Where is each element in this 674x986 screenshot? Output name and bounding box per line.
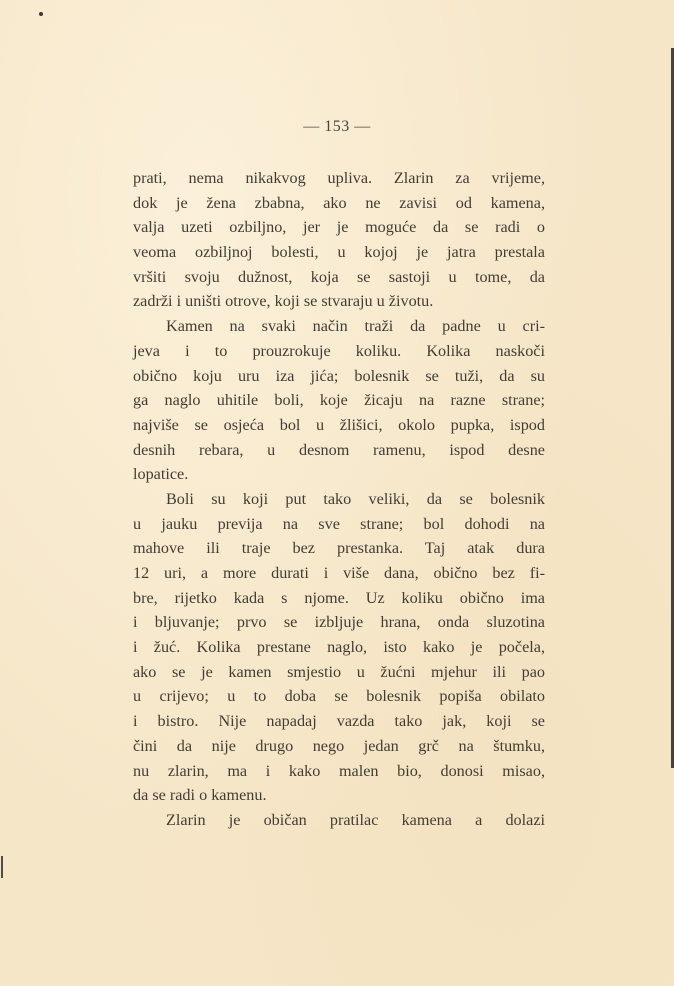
body-text: prati, nema nikakvog upliva. Zlarin za v… (133, 166, 545, 833)
text-line: Kamen na svaki način traži da padne u cr… (133, 314, 545, 339)
text-line: i bljuvanje; prvo se izbljuje hrana, ond… (133, 610, 545, 635)
text-line: nu zlarin, ma i kako malen bio, donosi m… (133, 759, 545, 784)
text-line: obično koju uru iza jića; bolesnik se tu… (133, 364, 545, 389)
text-line: bre, rijetko kada s njome. Uz koliku obi… (133, 586, 545, 611)
text-line: u jauku previja na sve strane; bol dohod… (133, 512, 545, 537)
text-line: da se radi o kamenu. (133, 783, 545, 808)
text-line: čini da nije drugo nego jedan grč na štu… (133, 734, 545, 759)
text-line: Boli su koji put tako veliki, da se bole… (133, 487, 545, 512)
text-line: zadrži i uništi otrove, koji se stvaraju… (133, 289, 545, 314)
text-line: 12 uri, a more durati i više dana, običn… (133, 561, 545, 586)
text-line: mahove ili traje bez prestanka. Taj atak… (133, 536, 545, 561)
ink-speck (39, 12, 43, 16)
text-line: vršiti svoju dužnost, koja se sastoji u … (133, 265, 545, 290)
text-line: najviše se osjeća bol u žlišici, okolo p… (133, 413, 545, 438)
text-line: ako se je kamen smjestio u žućni mjehur … (133, 660, 545, 685)
text-line: i žuć. Kolika prestane naglo, isto kako … (133, 635, 545, 660)
text-line: prati, nema nikakvog upliva. Zlarin za v… (133, 166, 545, 191)
text-line: ga naglo uhitile boli, koje žicaju na ra… (133, 388, 545, 413)
text-line: dok je žena zbabna, ako ne zavisi od kam… (133, 191, 545, 216)
text-line: Zlarin je običan pratilac kamena a dolaz… (133, 808, 545, 833)
margin-mark (1, 856, 3, 878)
text-line: jeva i to prouzrokuje koliku. Kolika nas… (133, 339, 545, 364)
text-line: lopatice. (133, 462, 545, 487)
text-line: desnih rebara, u desnom ramenu, ispod de… (133, 438, 545, 463)
page-number: — 153 — (0, 118, 674, 136)
text-line: u crijevo; u to doba se bolesnik popiša … (133, 684, 545, 709)
text-line: veoma ozbiljnoj bolesti, u kojoj je jatr… (133, 240, 545, 265)
scanned-page: — 153 — prati, nema nikakvog upliva. Zla… (0, 0, 674, 986)
text-line: i bistro. Nije napadaj vazda tako jak, k… (133, 709, 545, 734)
text-line: valja uzeti ozbiljno, jer je moguće da s… (133, 215, 545, 240)
